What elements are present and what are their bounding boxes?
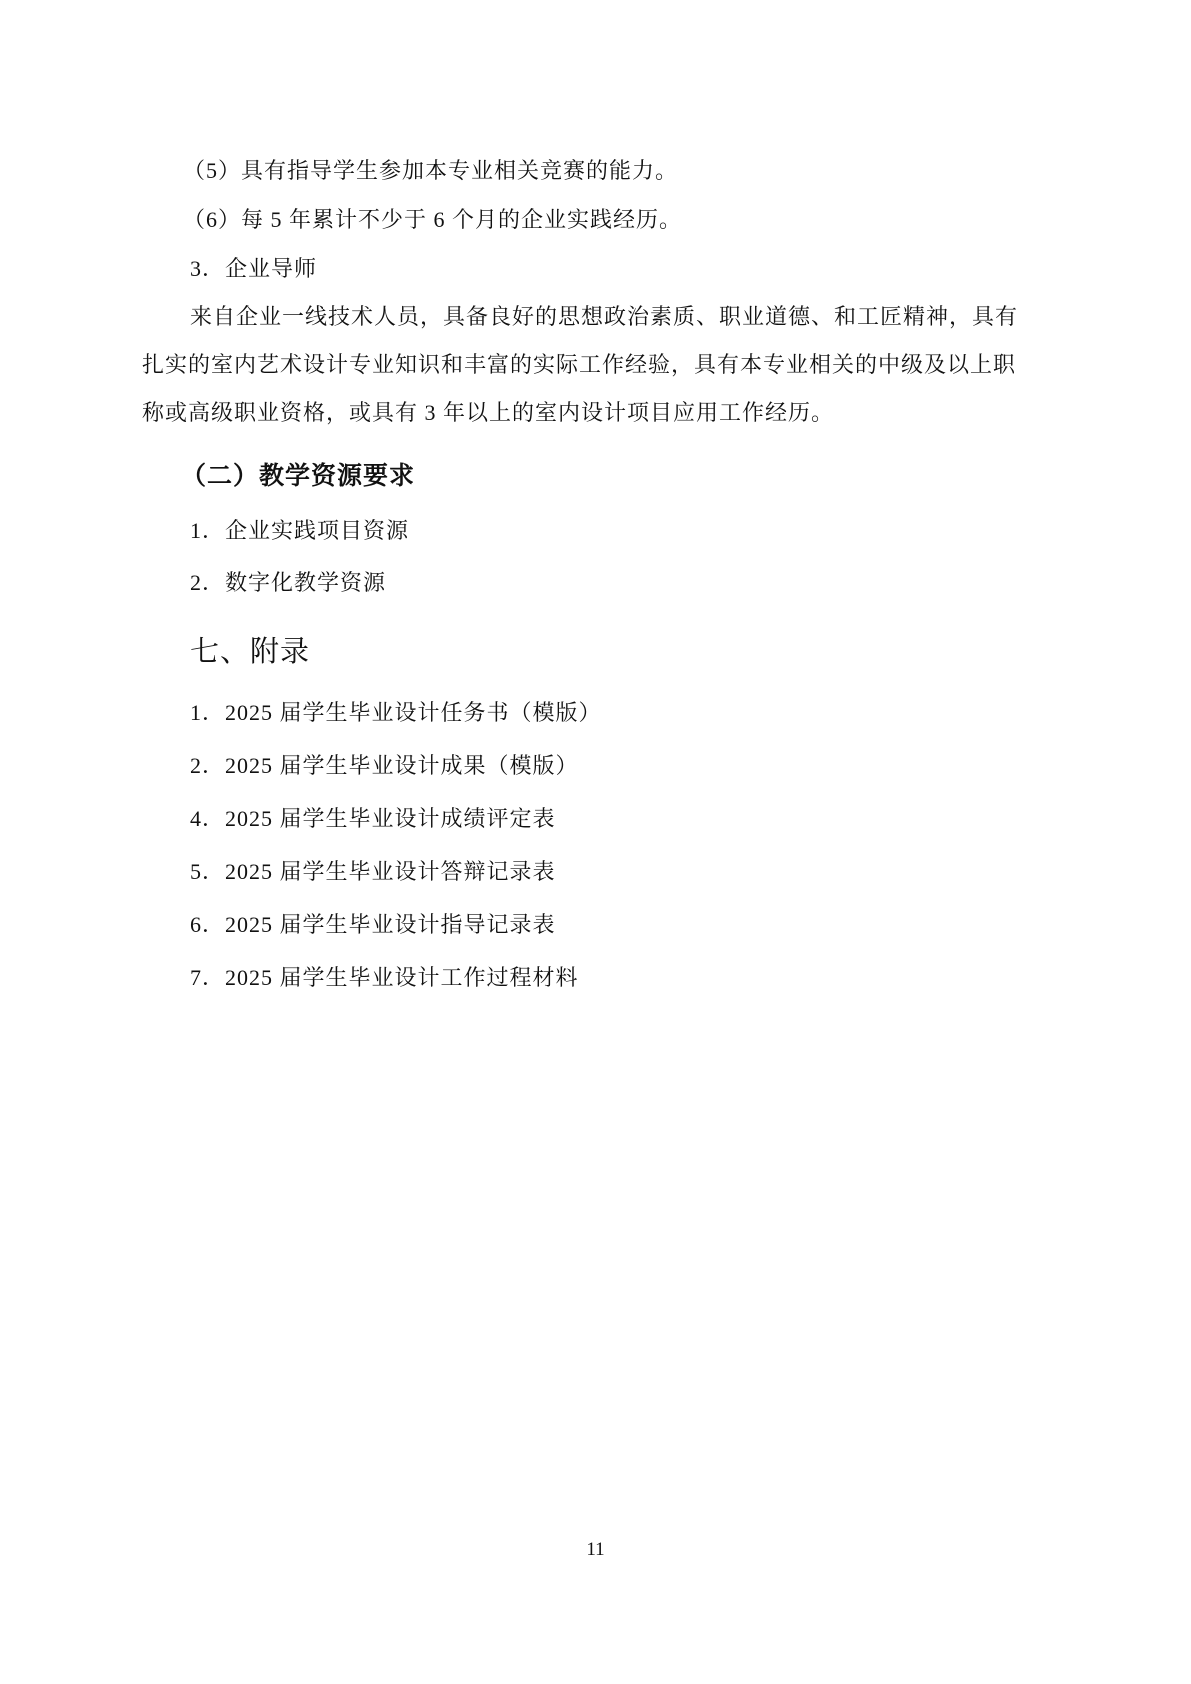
requirement-item-5: （5）具有指导学生参加本专业相关竞赛的能力。 — [183, 156, 678, 186]
appendix-heading: 七、附录 — [190, 632, 310, 670]
list-item: 1．企业实践项目资源 — [190, 516, 409, 546]
list-item: 4．2025 届学生毕业设计成绩评定表 — [190, 804, 556, 834]
list-item: 2．数字化教学资源 — [190, 568, 386, 598]
page-number: 11 — [0, 1538, 1191, 1562]
list-item: 1．2025 届学生毕业设计任务书（模版） — [190, 698, 602, 728]
enterprise-mentor-heading: 3．企业导师 — [190, 254, 317, 284]
list-item: 5．2025 届学生毕业设计答辩记录表 — [190, 857, 556, 887]
paragraph-line: 称或高级职业资格，或具有 3 年以上的室内设计项目应用工作经历。 — [142, 398, 834, 428]
paragraph-line: 扎实的室内艺术设计专业知识和丰富的实际工作经验，具有本专业相关的中级及以上职 — [142, 350, 1016, 380]
requirement-item-6: （6）每 5 年累计不少于 6 个月的企业实践经历。 — [183, 205, 682, 235]
list-item: 6．2025 届学生毕业设计指导记录表 — [190, 910, 556, 940]
list-item: 7．2025 届学生毕业设计工作过程材料 — [190, 963, 579, 993]
document-page: （5）具有指导学生参加本专业相关竞赛的能力。 （6）每 5 年累计不少于 6 个… — [0, 0, 1191, 1684]
list-item: 2．2025 届学生毕业设计成果（模版） — [190, 751, 579, 781]
teaching-resources-heading: （二）教学资源要求 — [181, 460, 415, 494]
paragraph-line: 来自企业一线技术人员，具备良好的思想政治素质、职业道德、和工匠精神，具有 — [190, 302, 1018, 332]
